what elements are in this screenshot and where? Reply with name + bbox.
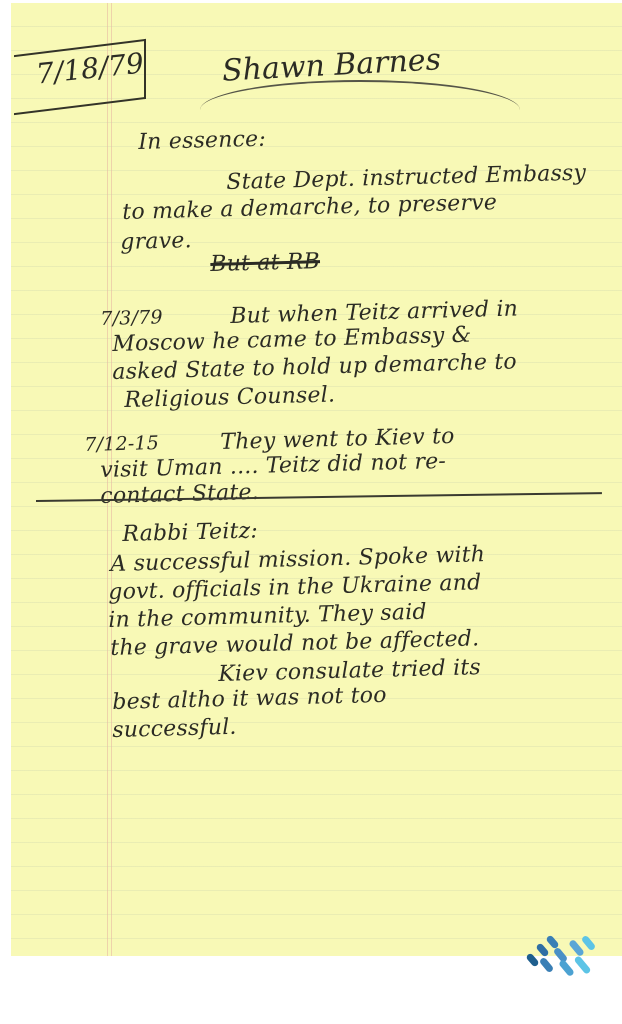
struck-text: But at RB [210, 247, 320, 280]
brand-logo-icon [527, 935, 595, 975]
section-heading: In essence: [138, 125, 266, 158]
note-line: Religious Counsel. [124, 380, 336, 416]
section-heading: Rabbi Teitz: [122, 516, 258, 550]
note-line: successful. [112, 713, 237, 746]
note-line: grave. [120, 226, 192, 258]
note-line: contact State. [100, 478, 259, 512]
